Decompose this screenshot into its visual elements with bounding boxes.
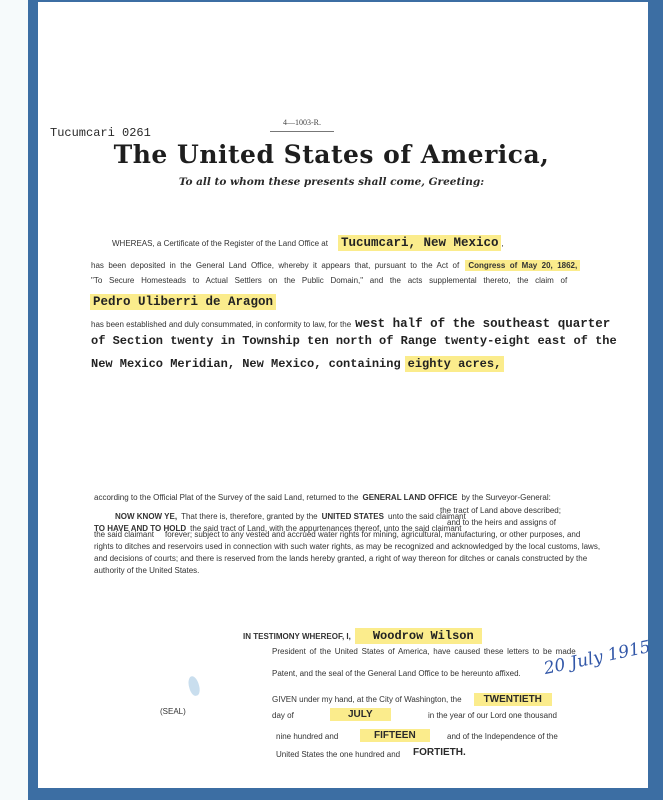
whereas-line-5: has been established and duly consummate…: [91, 314, 610, 332]
testimony-line-4: GIVEN under my hand, at the City of Wash…: [272, 689, 552, 707]
testimony-line-7: United States the one hundred and: [276, 750, 400, 759]
acreage: eighty acres,: [405, 356, 505, 372]
land-description-1: west half of the southeast quarter: [355, 317, 610, 331]
testimony-line-3: Patent, and the seal of the General Land…: [272, 669, 521, 678]
testimony-line-6b: and of the Independence of the: [447, 732, 558, 741]
land-office: Tucumcari, New Mexico: [338, 235, 502, 251]
claimant-name: Pedro Uliberri de Aragon: [90, 294, 276, 310]
whereas-line-1: WHEREAS, a Certificate of the Register o…: [112, 233, 504, 251]
grant-line-3b: forever; subject to any vested and accru…: [165, 530, 580, 539]
seal-label: (SEAL): [160, 707, 186, 716]
day-value: TWENTIETH: [474, 693, 552, 706]
testimony-line-2: President of the United States of Americ…: [272, 647, 576, 656]
grant-line-6: authority of the United States.: [94, 566, 199, 575]
grant-line-1-end: the tract of Land above described;: [440, 506, 561, 515]
whereas-line-2: has been deposited in the General Land O…: [91, 255, 580, 273]
survey-line: according to the Official Plat of the Su…: [94, 487, 551, 505]
claimant-line: Pedro Uliberri de Aragon: [90, 292, 276, 310]
testimony-line-1: IN TESTIMONY WHEREOF, I, Woodrow Wilson: [243, 626, 482, 644]
month-value: JULY: [330, 708, 391, 721]
grant-line-4: rights to ditches and reservoirs used in…: [94, 542, 600, 551]
president-name: Woodrow Wilson: [355, 628, 482, 644]
testimony-line-6a: nine hundred and: [276, 732, 338, 741]
act-reference: Congress of May 20, 1862,: [465, 260, 580, 271]
year-value: FIFTEEN: [360, 729, 430, 742]
testimony-line-5b: in the year of our Lord one thousand: [428, 711, 557, 720]
independence-year: FORTIETH.: [413, 747, 466, 758]
testimony-line-5a: day of: [272, 711, 294, 720]
greeting: To all to whom these presents shall come…: [0, 176, 663, 188]
grant-line-5: and decisions of courts; and there is re…: [94, 554, 587, 563]
whereas-line-3: "To Secure Homesteads to Actual Settlers…: [91, 276, 567, 285]
land-description-2: of Section twenty in Township ten north …: [91, 334, 617, 348]
form-number-underline: [270, 131, 334, 132]
land-description-3: New Mexico Meridian, New Mexico, contain…: [91, 354, 504, 372]
grant-line-3a: the said claimant: [94, 530, 154, 539]
file-number: Tucumcari 0261: [50, 126, 151, 140]
document-title: The United States of America,: [0, 140, 663, 169]
grant-line-2-end: and to the heirs and assigns of: [447, 518, 556, 527]
form-number: 4—1003-R.: [283, 118, 321, 127]
